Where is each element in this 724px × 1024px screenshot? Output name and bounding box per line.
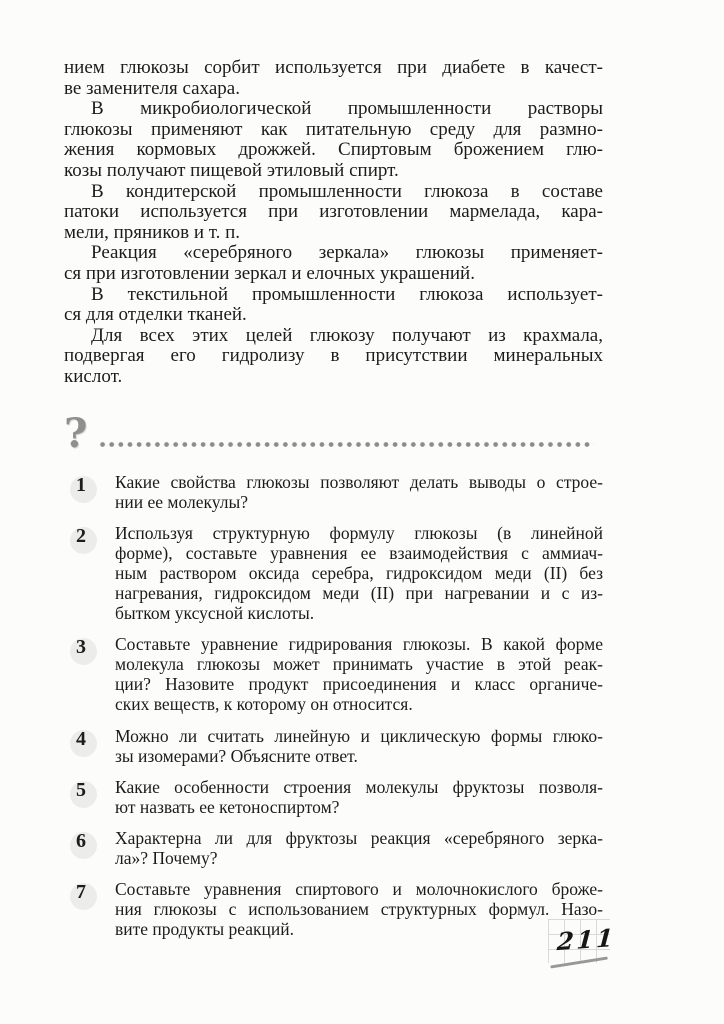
text-line: Для всех этих целей глюкозу получают из … <box>64 326 603 347</box>
text-line: мели, пряников и т. п. <box>64 223 603 244</box>
text-line: Составьте уравнения спиртового и молочно… <box>115 879 603 899</box>
question-item: 5 Какие особенности строения молекулы фр… <box>64 777 603 817</box>
question-number: 5 <box>69 778 93 802</box>
question-number: 4 <box>69 727 93 751</box>
questions-divider: ? <box>64 405 603 455</box>
text-line: подвергая его гидролизу в присутствии ми… <box>64 346 603 367</box>
text-line: зы изомерами? Объясните ответ. <box>115 746 603 766</box>
page-number-value: 211 <box>556 923 617 956</box>
text-line: козы получают пищевой этиловый спирт. <box>64 161 603 182</box>
text-line: ции? Назовите продукт присоединения и кл… <box>115 674 603 694</box>
question-number: 7 <box>69 880 93 904</box>
questions-list: 1 Какие свойства глюкозы позволяют делат… <box>64 472 603 940</box>
text-line: В текстильной промышленности глюкоза исп… <box>64 285 603 306</box>
question-text: Используя структурную формулу глюкозы (в… <box>115 523 603 623</box>
text-line: бытком уксусной кислоты. <box>115 603 603 623</box>
text-line: ют назвать ее кетоноспиртом? <box>115 797 603 817</box>
text-line: кислот. <box>64 367 603 388</box>
question-number: 6 <box>69 829 93 853</box>
question-text: Какие свойства глюкозы позволяют делать … <box>115 472 603 512</box>
text-line: Реакция «серебряного зеркала» глюкозы пр… <box>64 243 603 264</box>
text-line: Составьте уравнение гидрирования глюкозы… <box>115 634 603 654</box>
paragraph: В кондитерской промышленности глюкоза в … <box>64 182 603 244</box>
question-text: Характерна ли для фруктозы реакция «сере… <box>115 828 603 868</box>
paragraph: Для всех этих целей глюкозу получают из … <box>64 326 603 388</box>
text-line: ских веществ, к которому он относится. <box>115 694 603 714</box>
text-line: Какие свойства глюкозы позволяют делать … <box>115 472 603 492</box>
question-item: 3 Составьте уравнение гидрирования глюко… <box>64 634 603 714</box>
question-number-cell: 7 <box>64 879 115 939</box>
page-number: 211 <box>544 919 614 975</box>
text-line: форме), составьте уравнения ее взаимодей… <box>115 543 603 563</box>
question-item: 4 Можно ли считать линейную и циклическу… <box>64 726 603 766</box>
text-line: ся для отделки тканей. <box>64 305 603 326</box>
question-text: Составьте уравнения спиртового и молочно… <box>115 879 603 939</box>
text-line: молекула глюкозы может принимать участие… <box>115 654 603 674</box>
paragraph: Реакция «серебряного зеркала» глюкозы пр… <box>64 243 603 284</box>
question-item: 2 Используя структурную формулу глюкозы … <box>64 523 603 623</box>
text-line: глюкозы применяют как питательную среду … <box>64 120 603 141</box>
question-text: Какие особенности строения молекулы фрук… <box>115 777 603 817</box>
question-item: 6 Характерна ли для фруктозы реакция «се… <box>64 828 603 868</box>
text-line: Какие особенности строения молекулы фрук… <box>115 777 603 797</box>
question-number-cell: 1 <box>64 472 115 512</box>
paragraph: В микробиологической промышленности раст… <box>64 99 603 181</box>
question-mark-icon: ? <box>64 413 98 455</box>
question-item: 1 Какие свойства глюкозы позволяют делат… <box>64 472 603 512</box>
text-line: В микробиологической промышленности раст… <box>64 99 603 120</box>
question-item: 7 Составьте уравнения спиртового и молоч… <box>64 879 603 939</box>
text-line: ным раствором оксида серебра, гидроксидо… <box>115 563 603 583</box>
paragraph: В текстильной промышленности глюкоза исп… <box>64 285 603 326</box>
question-number-cell: 6 <box>64 828 115 868</box>
text-line: ся при изготовлении зеркал и елочных укр… <box>64 264 603 285</box>
dotted-line <box>98 440 594 449</box>
text-column: нием глюкозы сорбит используется при диа… <box>64 58 603 950</box>
paragraph: нием глюкозы сорбит используется при диа… <box>64 58 603 99</box>
text-line: жения кормовых дрожжей. Спиртовым брожен… <box>64 140 603 161</box>
text-line: Можно ли считать линейную и циклическую … <box>115 726 603 746</box>
text-line: нии ее молекулы? <box>115 492 603 512</box>
text-line: Характерна ли для фруктозы реакция «сере… <box>115 828 603 848</box>
question-number-cell: 2 <box>64 523 115 623</box>
question-number-cell: 5 <box>64 777 115 817</box>
question-number: 1 <box>69 473 93 497</box>
text-line: Используя структурную формулу глюкозы (в… <box>115 523 603 543</box>
text-line: нагревания, гидроксидом меди (II) при на… <box>115 583 603 603</box>
text-line: вите продукты реакций. <box>115 919 603 939</box>
question-number: 2 <box>69 524 93 548</box>
text-line: В кондитерской промышленности глюкоза в … <box>64 182 603 203</box>
question-text: Можно ли считать линейную и циклическую … <box>115 726 603 766</box>
text-line: ве заменителя сахара. <box>64 79 603 100</box>
question-number: 3 <box>69 635 93 659</box>
text-line: патоки используется при изготовлении мар… <box>64 202 603 223</box>
question-number-cell: 4 <box>64 726 115 766</box>
text-line: ния глюкозы с использованием структурных… <box>115 899 603 919</box>
question-number-cell: 3 <box>64 634 115 714</box>
text-line: ла»? Почему? <box>115 848 603 868</box>
textbook-page: нием глюкозы сорбит используется при диа… <box>0 0 724 1024</box>
question-text: Составьте уравнение гидрирования глюкозы… <box>115 634 603 714</box>
text-line: нием глюкозы сорбит используется при диа… <box>64 58 603 79</box>
